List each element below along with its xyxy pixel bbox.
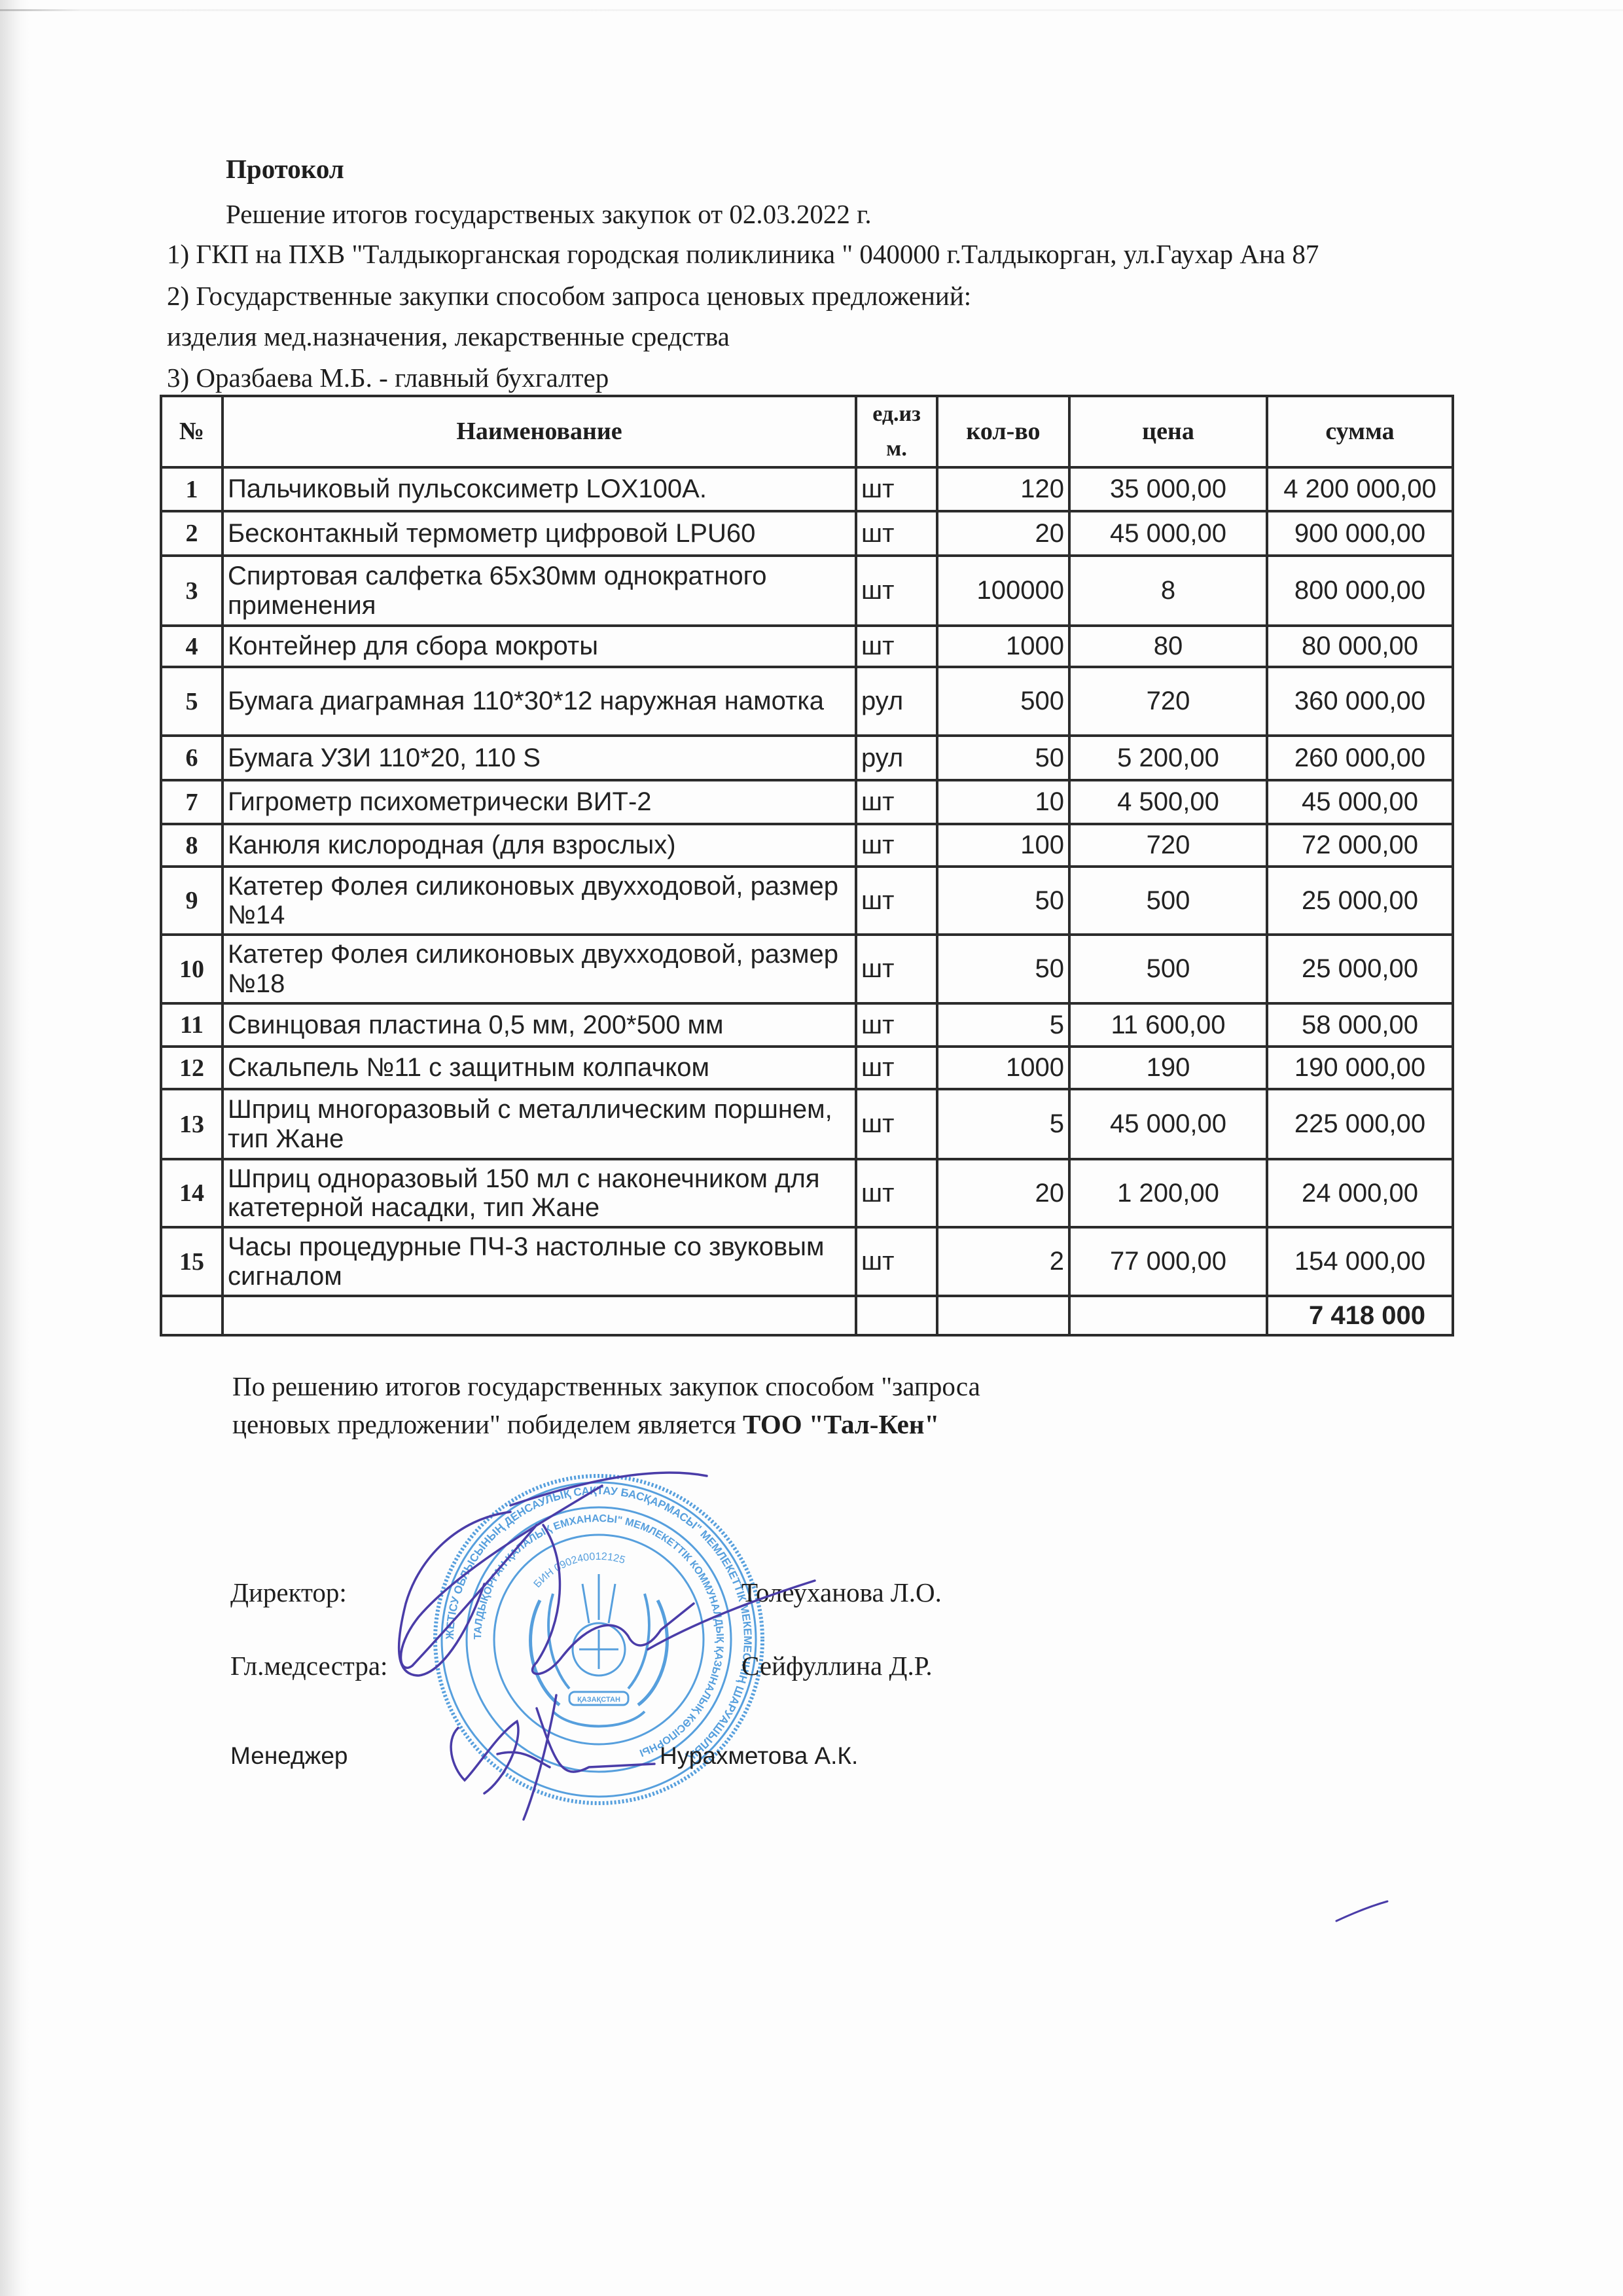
col-header-name: Наименование	[223, 396, 856, 467]
col-header-price: цена	[1069, 396, 1267, 467]
item-quantity: 20	[937, 1159, 1069, 1227]
item-quantity: 500	[937, 667, 1069, 736]
row-number: 6	[161, 736, 223, 780]
row-number: 2	[161, 511, 223, 556]
item-price: 80	[1069, 626, 1267, 667]
item-price: 1 200,00	[1069, 1159, 1267, 1227]
item-sum: 25 000,00	[1267, 935, 1453, 1003]
item-quantity: 20	[937, 511, 1069, 556]
role-head-nurse: Гл.медсестра:	[230, 1653, 387, 1679]
row-number: 10	[161, 935, 223, 1003]
col-header-sum: сумма	[1267, 396, 1453, 467]
item-sum: 360 000,00	[1267, 667, 1453, 736]
item-unit: шт	[856, 780, 937, 824]
unit-header-line1: ед.из	[872, 402, 921, 426]
item-price: 4 500,00	[1069, 780, 1267, 824]
table-header-row: № Наименование ед.изм. кол-во цена сумма	[161, 396, 1453, 467]
scan-top-edge	[0, 9, 1623, 11]
item-sum: 260 000,00	[1267, 736, 1453, 780]
item-unit: шт	[856, 556, 937, 626]
document-subtitle: Решение итогов государственых закупок от…	[226, 201, 872, 228]
item-quantity: 100	[937, 824, 1069, 867]
row-number: 1	[161, 467, 223, 511]
item-quantity: 5	[937, 1089, 1069, 1159]
item-price: 77 000,00	[1069, 1227, 1267, 1296]
table-row: 3Спиртовая салфетка 65x30мм однократного…	[161, 556, 1453, 626]
item-quantity: 1000	[937, 1047, 1069, 1089]
table-row: 14Шприц одноразовый 150 мл с наконечнико…	[161, 1159, 1453, 1227]
item-price: 190	[1069, 1047, 1267, 1089]
unit-header-line2: м.	[886, 437, 907, 461]
item-name: Пальчиковый пульсоксиметр LOX100A.	[223, 467, 856, 511]
item-sum: 4 200 000,00	[1267, 467, 1453, 511]
table-total-row: 7 418 000	[161, 1296, 1453, 1335]
row-number: 14	[161, 1159, 223, 1227]
col-header-qty: кол-во	[937, 396, 1069, 467]
item-sum: 25 000,00	[1267, 867, 1453, 935]
item-name: Бумага диаграмная 110*30*12 наружная нам…	[223, 667, 856, 736]
winner-name: ТОО "Тал-Кен"	[743, 1409, 939, 1439]
item-sum: 45 000,00	[1267, 780, 1453, 824]
item-price: 35 000,00	[1069, 467, 1267, 511]
item-sum: 24 000,00	[1267, 1159, 1453, 1227]
row-number: 8	[161, 824, 223, 867]
item-price: 500	[1069, 867, 1267, 935]
item-sum: 80 000,00	[1267, 626, 1453, 667]
table-row: 5Бумага диаграмная 110*30*12 наружная на…	[161, 667, 1453, 736]
item-name: Катетер Фолея силиконовых двухходовой, р…	[223, 867, 856, 935]
item-name: Контейнер для сбора мокроты	[223, 626, 856, 667]
row-number: 15	[161, 1227, 223, 1296]
item-unit: шт	[856, 867, 937, 935]
item-quantity: 50	[937, 935, 1069, 1003]
header-line-1: 1) ГКП на ПХВ "Талдыкорганская городская…	[167, 241, 1319, 268]
item-unit: рул	[856, 736, 937, 780]
pen-mark	[1336, 1901, 1387, 1921]
role-director: Директор:	[230, 1579, 347, 1606]
table-row: 1Пальчиковый пульсоксиметр LOX100A.шт120…	[161, 467, 1453, 511]
procurement-table: № Наименование ед.изм. кол-во цена сумма…	[160, 395, 1454, 1336]
item-sum: 225 000,00	[1267, 1089, 1453, 1159]
item-price: 720	[1069, 824, 1267, 867]
item-unit: шт	[856, 824, 937, 867]
item-name: Канюля кислородная (для взрослых)	[223, 824, 856, 867]
row-number: 5	[161, 667, 223, 736]
item-name: Спиртовая салфетка 65x30мм однократного …	[223, 556, 856, 626]
item-sum: 800 000,00	[1267, 556, 1453, 626]
row-number: 11	[161, 1003, 223, 1047]
table-row: 8Канюля кислородная (для взрослых)шт1007…	[161, 824, 1453, 867]
item-quantity: 1000	[937, 626, 1069, 667]
conclusion-line-2: ценовых предложении" побиделем является …	[232, 1411, 939, 1438]
item-unit: шт	[856, 1227, 937, 1296]
header-line-2: 2) Государственные закупки способом запр…	[167, 283, 971, 310]
item-price: 8	[1069, 556, 1267, 626]
item-price: 45 000,00	[1069, 1089, 1267, 1159]
scan-edge-shadow	[0, 0, 29, 2296]
item-unit: шт	[856, 626, 937, 667]
row-number: 12	[161, 1047, 223, 1089]
item-name: Шприц многоразовый с металлическим поршн…	[223, 1089, 856, 1159]
col-header-unit: ед.изм.	[856, 396, 937, 467]
table-row: 13Шприц многоразовый с металлическим пор…	[161, 1089, 1453, 1159]
name-head-nurse: Сейфуллина Д.Р.	[741, 1653, 933, 1679]
item-unit: шт	[856, 467, 937, 511]
item-sum: 154 000,00	[1267, 1227, 1453, 1296]
table-row: 6Бумага УЗИ 110*20, 110 Sрул505 200,0026…	[161, 736, 1453, 780]
item-unit: шт	[856, 935, 937, 1003]
row-number: 4	[161, 626, 223, 667]
conclusion-text: ценовых предложении" побиделем является	[232, 1409, 743, 1439]
item-quantity: 100000	[937, 556, 1069, 626]
row-number: 3	[161, 556, 223, 626]
item-sum: 72 000,00	[1267, 824, 1453, 867]
table-row: 9Катетер Фолея силиконовых двухходовой, …	[161, 867, 1453, 935]
item-quantity: 5	[937, 1003, 1069, 1047]
table-row: 4Контейнер для сбора мокротышт10008080 0…	[161, 626, 1453, 667]
item-quantity: 50	[937, 736, 1069, 780]
item-name: Скальпель №11 с защитным колпачком	[223, 1047, 856, 1089]
item-price: 720	[1069, 667, 1267, 736]
item-name: Часы процедурные ПЧ-3 настолные со звуко…	[223, 1227, 856, 1296]
item-name: Катетер Фолея силиконовых двухходовой, р…	[223, 935, 856, 1003]
item-sum: 58 000,00	[1267, 1003, 1453, 1047]
item-unit: рул	[856, 667, 937, 736]
name-director: Толеуханова Л.О.	[741, 1579, 942, 1606]
item-sum: 900 000,00	[1267, 511, 1453, 556]
item-quantity: 2	[937, 1227, 1069, 1296]
item-unit: шт	[856, 1089, 937, 1159]
row-number: 13	[161, 1089, 223, 1159]
header-line-3: 3) Оразбаева М.Б. - главный бухгалтер	[167, 365, 609, 391]
row-number: 9	[161, 867, 223, 935]
col-header-number: №	[161, 396, 223, 467]
item-name: Гигрометр психометрически ВИТ-2	[223, 780, 856, 824]
row-number: 7	[161, 780, 223, 824]
item-price: 11 600,00	[1069, 1003, 1267, 1047]
table-row: 10Катетер Фолея силиконовых двухходовой,…	[161, 935, 1453, 1003]
table-row: 15Часы процедурные ПЧ-3 настолные со зву…	[161, 1227, 1453, 1296]
name-manager: Нурахметова А.К.	[660, 1744, 858, 1768]
seal-bin: БИН 090240012125	[532, 1551, 627, 1590]
item-name: Свинцовая пластина 0,5 мм, 200*500 мм	[223, 1003, 856, 1047]
item-quantity: 50	[937, 867, 1069, 935]
grand-total: 7 418 000	[1267, 1296, 1453, 1335]
table-row: 7Гигрометр психометрически ВИТ-2шт104 50…	[161, 780, 1453, 824]
header-line-2b: изделия мед.назначения, лекарственные ср…	[167, 323, 730, 350]
role-manager: Менеджер	[230, 1744, 348, 1768]
item-sum: 190 000,00	[1267, 1047, 1453, 1089]
table-row: 12Скальпель №11 с защитным колпачкомшт10…	[161, 1047, 1453, 1089]
item-price: 5 200,00	[1069, 736, 1267, 780]
item-unit: шт	[856, 1159, 937, 1227]
document-title: Протокол	[226, 156, 344, 183]
table-row: 2Бесконтакный термометр цифровой LPU60шт…	[161, 511, 1453, 556]
item-quantity: 120	[937, 467, 1069, 511]
table-row: 11Свинцовая пластина 0,5 мм, 200*500 ммш…	[161, 1003, 1453, 1047]
seal-country: ҚАЗАҚСТАН	[577, 1696, 620, 1704]
item-name: Бумага УЗИ 110*20, 110 S	[223, 736, 856, 780]
item-unit: шт	[856, 1003, 937, 1047]
item-name: Бесконтакный термометр цифровой LPU60	[223, 511, 856, 556]
item-price: 500	[1069, 935, 1267, 1003]
conclusion-line-1: По решению итогов государственных закупо…	[232, 1373, 980, 1400]
item-quantity: 10	[937, 780, 1069, 824]
item-name: Шприц одноразовый 150 мл с наконечником …	[223, 1159, 856, 1227]
item-unit: шт	[856, 511, 937, 556]
item-price: 45 000,00	[1069, 511, 1267, 556]
svg-text:БИН 090240012125: БИН 090240012125	[532, 1551, 627, 1590]
item-unit: шт	[856, 1047, 937, 1089]
